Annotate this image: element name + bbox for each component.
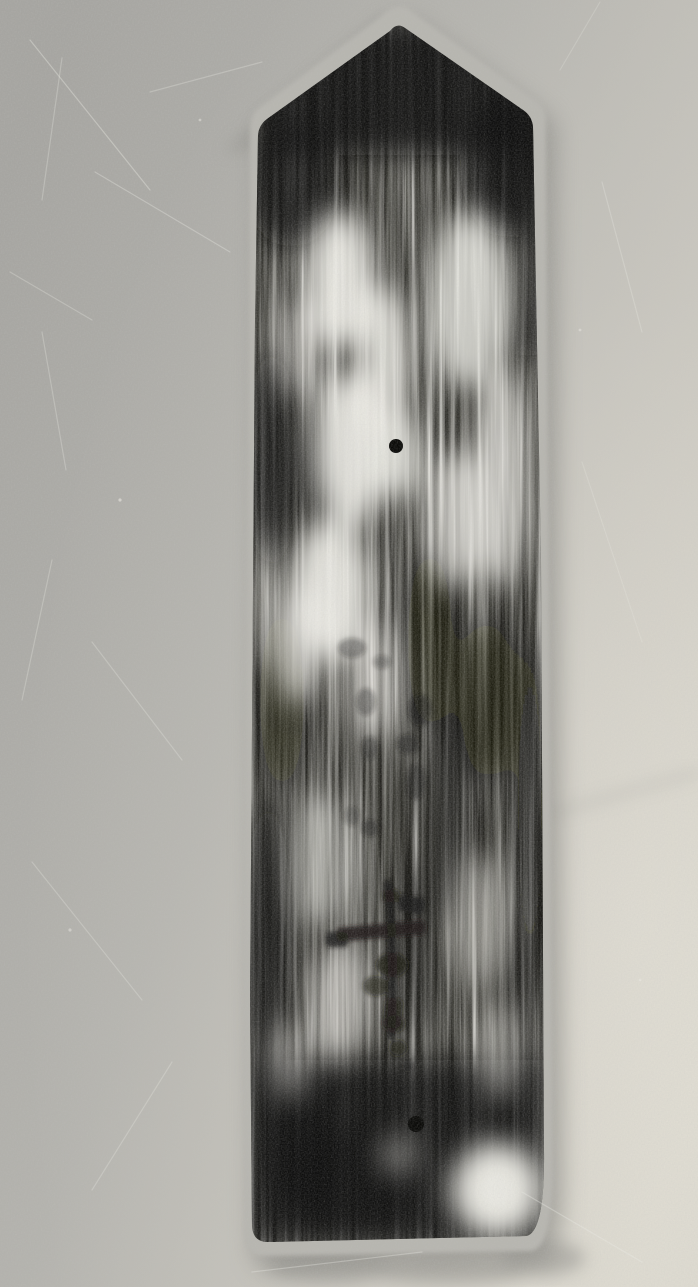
photograph: Black-and-white photograph of a tall nar… <box>0 0 698 1287</box>
photo-frame: Black-and-white photograph of a tall nar… <box>0 0 698 1287</box>
film-grain-overlay <box>0 0 698 1287</box>
